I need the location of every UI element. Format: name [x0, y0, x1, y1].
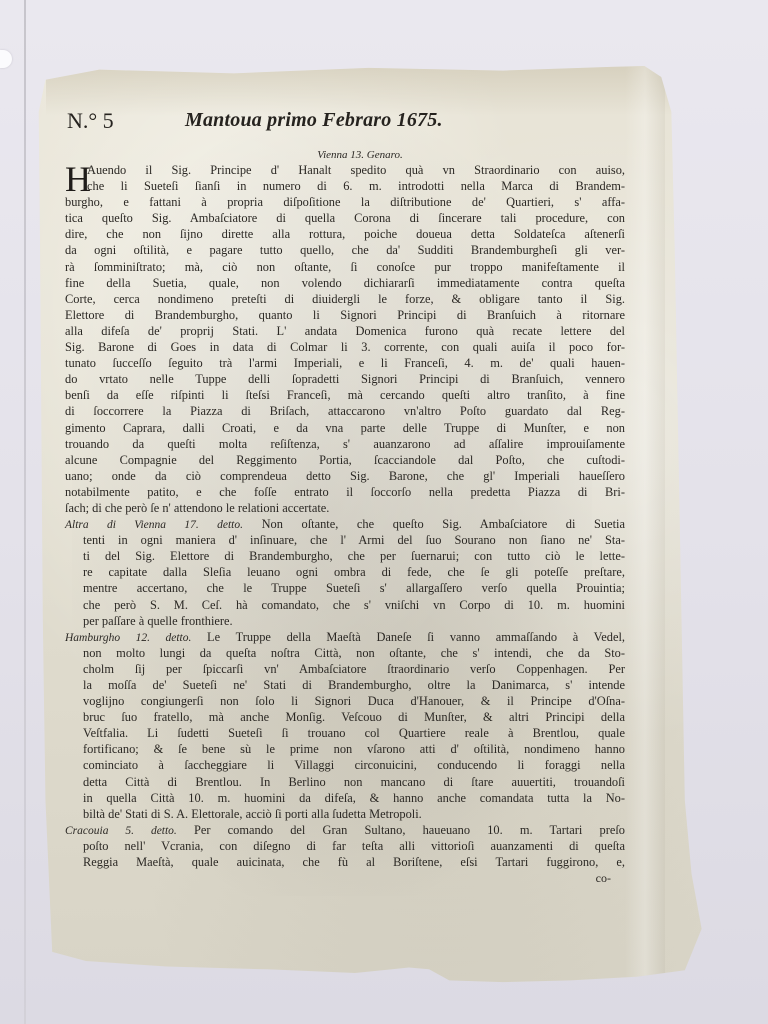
text-line: uano; onde da ciò comprendeua detto Sig.… [65, 468, 625, 484]
text-line-with-dateline: Altra di Vienna 17. detto. Non oſtante, … [65, 516, 625, 532]
text-line: biltà de' Stati di S. A. Elettorale, acc… [65, 806, 625, 822]
text-line: la moſſa de' Sueteſi ne' Stati di Brande… [65, 677, 625, 693]
text-line: tenti in ogni maniera d' inſinuare, che … [65, 532, 625, 548]
text-line: do vrtato nelle Tuppe delli ſopradetti S… [65, 371, 625, 387]
text-line: voglijno congiungerſi non ſolo li Signor… [65, 693, 625, 709]
dateline: Hamburgho 12. detto. [65, 632, 191, 644]
text-line: Elettore di Brandemburgho, quanto li Sig… [65, 307, 625, 323]
text-line: cominciato à ſaccheggiare li Villaggi ci… [65, 757, 625, 773]
text-line-with-dateline: Cracouia 5. detto. Per comando del Gran … [65, 822, 625, 838]
text-line: cholm ſij per ſpiccarſi vn' Ambaſciatore… [65, 661, 625, 677]
text-line: non molto lungi da queſta noſtra Città, … [65, 645, 625, 661]
issue-number: N.° 5 [67, 108, 114, 134]
text-line: in quella Città 10. m. huomini da difeſa… [65, 790, 625, 806]
text-line: Sig. Barone di Goes in data di Colmar li… [65, 339, 625, 355]
article-hamburgho: Hamburgho 12. detto. Le Truppe della Mae… [65, 629, 625, 822]
text-line: ſach; di che però ſe n' attendono le rel… [65, 500, 625, 516]
masthead-title: Mantoua primo Febraro 1675. [185, 109, 443, 132]
text-line: tica queſto Sig. Ambaſciatore di quella … [65, 210, 625, 226]
masthead-row: N.° 5 Mantoua primo Febraro 1675. [65, 108, 625, 144]
drop-cap: H [65, 163, 91, 195]
paper-fold [625, 66, 665, 984]
text-line: re capitate dalla Sleſia leuano ogni omb… [65, 564, 625, 580]
dateline-vienna: Vienna 13. Genaro. [65, 148, 625, 162]
text-line-with-dateline: Hamburgho 12. detto. Le Truppe della Mae… [65, 629, 625, 645]
text-line: che però S. M. Ceſ. hà comandato, che s'… [65, 597, 625, 613]
text-line: notabilmente patito, e che foſſe entrato… [65, 484, 625, 500]
text-line: alcune Compagnie del Reggimento Portia, … [65, 452, 625, 468]
text-line: gimento Caprara, dalli Croati, e da vna … [65, 420, 625, 436]
text-line: fortificano; & ſe bene sù le prime non v… [65, 741, 625, 757]
text-line: Auendo il Sig. Principe d' Hanalt spedit… [65, 162, 625, 178]
text-line: Reggia Maeſtà, quale auicinata, che fù a… [65, 854, 625, 870]
page-content: N.° 5 Mantoua primo Febraro 1675. Vienna… [65, 108, 625, 886]
text-line: che li Sueteſi ſianſi in numero di 6. m.… [65, 178, 625, 194]
text-line: poſto nell' Vcrania, con diſegno di far … [65, 838, 625, 854]
dateline: Altra di Vienna 17. detto. [65, 519, 243, 531]
text-line: Veſtfalia. Li ſudetti Sueteſi ſi trouano… [65, 725, 625, 741]
article-vienna: H Auendo il Sig. Principe d' Hanalt sped… [65, 162, 625, 516]
catchword: co- [65, 870, 625, 886]
text-line: benſi da eſſe riſpinti li ſteſsi Franceſ… [65, 387, 625, 403]
text-line: Corte, cerca nondimeno preteſti di diuid… [65, 291, 625, 307]
text-line: trouando da queſti molta reſiſtenza, s' … [65, 436, 625, 452]
dateline: Cracouia 5. detto. [65, 825, 177, 837]
text-line: rà ſomminiſtrato; mà, ciò non oſtante, ſ… [65, 259, 625, 275]
text-line: di ſoccorrere la Piazza di Briſach, atta… [65, 403, 625, 419]
text-line: detta Città di Brentlou. In Berlino non … [65, 774, 625, 790]
text-line: Le Truppe della Maeſtà Daneſe ſi vanno a… [207, 630, 625, 644]
text-line: dire, che non ſijno dirette alla rottura… [65, 226, 625, 242]
article-vienna-17: Altra di Vienna 17. detto. Non oſtante, … [65, 516, 625, 629]
text-line: da ogni oſtilità, e pagare tutto quello,… [65, 242, 625, 258]
text-line: per paſſare à quelle fronthiere. [65, 613, 625, 629]
text-line: mentre accertano, che le Truppe Sueteſi … [65, 580, 625, 596]
text-line: burgho, e fattani à propria diſpoſitione… [65, 194, 625, 210]
newspaper-sheet: N.° 5 Mantoua primo Febraro 1675. Vienna… [32, 66, 705, 984]
text-line: alla difeſa de' proprij Stati. L' andata… [65, 323, 625, 339]
article-cracouia: Cracouia 5. detto. Per comando del Gran … [65, 822, 625, 870]
text-line: ti del Sig. Elettore di Brandemburgho, c… [65, 548, 625, 564]
background-hole [0, 50, 12, 68]
text-line: tunato ſucceſſo ſeguito trà l'armi Imper… [65, 355, 625, 371]
text-line: fine della Suetia, quale, non volendo di… [65, 275, 625, 291]
text-line: Non oſtante, che queſto Sig. Ambaſciator… [262, 517, 625, 531]
background-edge-line [24, 0, 26, 1024]
text-line: Per comando del Gran Sultano, haueuano 1… [194, 823, 625, 837]
text-line: bruc ſuo fratello, mà anche Monſig. Veſc… [65, 709, 625, 725]
